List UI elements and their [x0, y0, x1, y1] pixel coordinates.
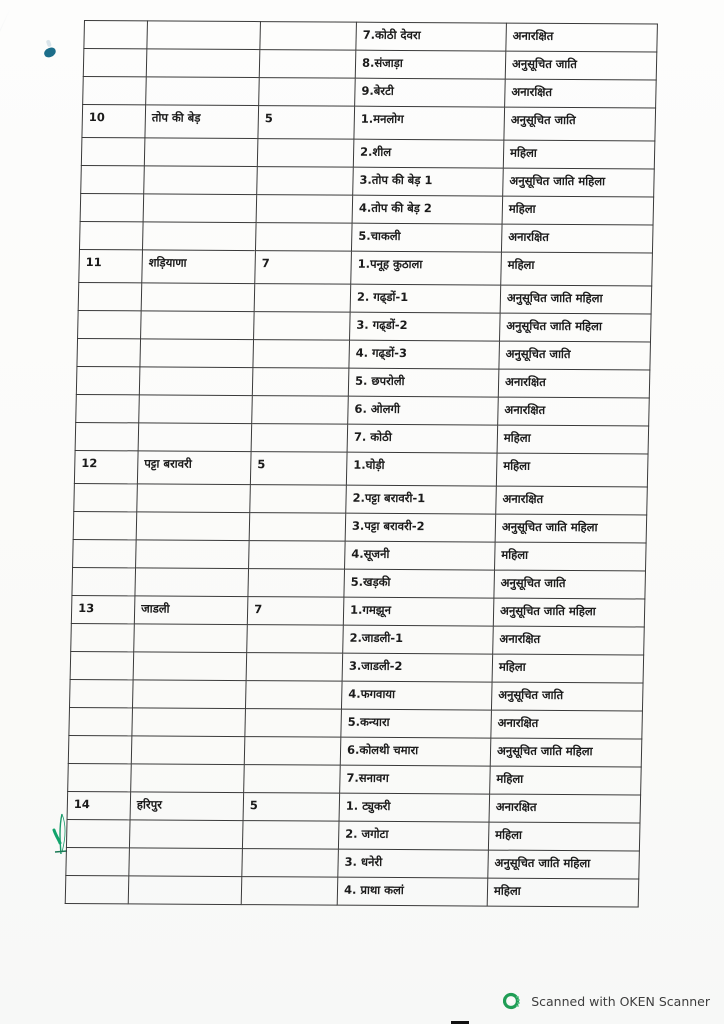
ward-count-cell — [244, 765, 341, 794]
ward-count-cell: 5 — [243, 793, 340, 822]
reservation-category-cell: महिला — [496, 453, 648, 487]
reservation-category-cell: अनुसूचित जाति महिला — [500, 285, 652, 314]
panchayat-name-cell — [139, 367, 253, 396]
ward-count-cell — [252, 396, 349, 425]
serial-number-cell — [74, 483, 138, 511]
watermark-text: Scanned with OKEN Scanner — [531, 994, 710, 1009]
ward-name-cell: 2.जाडली-1 — [343, 625, 494, 654]
reservation-category-cell: अनुसूचित जाति महिला — [493, 598, 645, 627]
ward-name-cell: 4.फगवाया — [341, 681, 492, 710]
reservation-category-cell: अनारक्षित — [498, 397, 650, 426]
ward-count-cell: 5 — [250, 452, 347, 486]
ward-count-cell — [259, 50, 356, 79]
ward-count-cell — [257, 139, 354, 168]
table-row: 6.कोलथी चमाराअनुसूचित जाति महिला — [68, 735, 642, 766]
panchayat-name-cell — [138, 423, 252, 452]
panchayat-name-cell: जाडली — [134, 596, 248, 625]
reservation-category-cell: अनुसूचित जाति — [499, 341, 651, 370]
ward-name-cell: 6. ओलगी — [348, 396, 499, 425]
table-row: 4. प्राथा कलांमहिला — [65, 875, 639, 906]
ward-count-cell — [249, 513, 346, 542]
ward-count-cell — [260, 22, 357, 51]
ward-count-cell — [254, 312, 351, 341]
reservation-table-container: 7.कोठी देवराअनारक्षित8.संजाड़ाअनुसूचित ज… — [65, 20, 658, 907]
ward-count-cell — [242, 821, 339, 850]
ward-count-cell — [244, 737, 341, 766]
ward-count-cell — [245, 709, 342, 738]
panchayat-name-cell — [144, 138, 258, 167]
panchayat-name-cell — [147, 21, 261, 50]
serial-number-cell — [70, 651, 134, 679]
ward-count-cell — [249, 541, 346, 570]
panchayat-name-cell — [132, 680, 246, 709]
reservation-category-cell: महिला — [503, 140, 655, 169]
serial-number-cell — [77, 338, 141, 366]
table-row: 3. धनेरीअनुसूचित जाति महिला — [66, 847, 640, 878]
reservation-category-cell: अनुसूचित जाति — [491, 682, 643, 711]
ward-name-cell: 3. धनेरी — [338, 849, 489, 878]
ward-count-cell — [256, 195, 353, 224]
table-row: 4.फगवायाअनुसूचित जाति — [70, 679, 644, 710]
ward-count-cell — [252, 368, 349, 397]
serial-number-cell: 10 — [82, 105, 146, 138]
ward-count-cell — [247, 625, 344, 654]
ward-count-cell — [255, 223, 352, 252]
table-row: 4.सूजनीमहिला — [73, 539, 647, 570]
ward-name-cell: 8.संजाड़ा — [355, 50, 506, 79]
table-row: 5.चाकलीअनारक्षित — [79, 221, 653, 252]
panchayat-name-cell — [131, 764, 245, 793]
ward-name-cell: 4. गढ्डों-3 — [349, 340, 500, 369]
panchayat-name-cell — [144, 166, 258, 195]
panchayat-name-cell — [146, 77, 260, 106]
ward-name-cell: 3.जाडली-2 — [342, 653, 493, 682]
table-row: 6. ओलगीअनारक्षित — [76, 394, 650, 425]
ward-name-cell: 4.सूजनी — [345, 541, 496, 570]
reservation-category-cell: अनुसूचित जाति महिला — [500, 313, 652, 342]
serial-number-cell — [81, 166, 145, 194]
panchayat-name-cell — [128, 876, 242, 905]
reservation-category-cell: अनुसूचित जाति महिला — [488, 850, 640, 879]
oken-scanner-logo-icon — [503, 992, 521, 1010]
serial-number-cell — [83, 77, 147, 105]
serial-number-cell — [73, 511, 137, 539]
reservation-category-cell: महिला — [502, 196, 654, 225]
reservation-category-cell: अनुसूचित जाति — [505, 51, 657, 80]
table-row: 11शड़ियाणा71.पनूह कुठालामहिला — [79, 249, 653, 285]
ward-count-cell — [241, 877, 338, 906]
table-row: 8.संजाड़ाअनुसूचित जाति — [83, 49, 657, 80]
ward-count-cell — [248, 569, 345, 598]
panchayat-name-cell — [135, 568, 249, 597]
ward-name-cell: 5.चाकली — [351, 223, 502, 252]
reservation-category-cell: महिला — [490, 766, 642, 795]
serial-number-cell — [81, 138, 145, 166]
table-row: 14हरिपुर51. ट्युकरीअनारक्षित — [67, 791, 641, 822]
panchayat-name-cell — [136, 512, 250, 541]
ward-count-cell — [254, 284, 351, 313]
table-row: 3.पट्टा बरावरी-2अनुसूचित जाति महिला — [73, 511, 647, 542]
scanner-watermark: Scanned with OKEN Scanner — [503, 992, 710, 1010]
ward-count-cell — [242, 849, 339, 878]
panchayat-name-cell: हरिपुर — [130, 792, 244, 821]
table-row: 10तोप की बेड़51.मनलोगअनुसूचित जाति — [82, 105, 656, 141]
reservation-category-cell: महिला — [495, 542, 647, 571]
ward-count-cell — [253, 340, 350, 369]
ward-count-cell: 7 — [255, 251, 352, 285]
panchayat-name-cell — [132, 708, 246, 737]
table-row: 3. गढ्डों-2अनुसूचित जाति महिला — [78, 310, 652, 341]
panchayat-name-cell — [131, 736, 245, 765]
table-row: 7.कोठी देवराअनारक्षित — [84, 21, 658, 52]
table-body: 7.कोठी देवराअनारक्षित8.संजाड़ाअनुसूचित ज… — [65, 21, 657, 907]
reservation-category-cell: अनुसूचित जाति महिला — [495, 514, 647, 543]
panchayat-name-cell — [129, 820, 243, 849]
table-row: 7. कोठीमहिला — [75, 422, 649, 453]
serial-number-cell — [79, 221, 143, 249]
serial-number-cell — [80, 193, 144, 221]
reservation-category-cell: अनारक्षित — [498, 369, 650, 398]
ward-name-cell: 1.घोड़ी — [346, 452, 497, 486]
ward-name-cell: 2. जगोटा — [338, 821, 489, 850]
panchayat-name-cell — [141, 311, 255, 340]
serial-number-cell — [73, 539, 137, 567]
serial-number-cell: 13 — [71, 595, 135, 623]
table-row: 4. गढ्डों-3अनुसूचित जाति — [77, 338, 651, 369]
serial-number-cell — [78, 310, 142, 338]
reservation-category-cell: महिला — [487, 878, 639, 907]
serial-number-cell — [68, 763, 132, 791]
ward-count-cell — [257, 167, 354, 196]
ink-blot-mark — [43, 46, 57, 59]
ward-name-cell: 2. गढ्डों-1 — [350, 284, 501, 313]
table-row: 13जाडली71.गमझूनअनुसूचित जाति महिला — [71, 595, 645, 626]
ward-name-cell: 9.बेरटी — [355, 78, 506, 107]
ward-count-cell: 5 — [258, 106, 355, 140]
ward-count-cell — [259, 78, 356, 107]
reservation-category-cell: अनारक्षित — [496, 486, 648, 515]
ward-count-cell — [245, 681, 342, 710]
reservation-category-cell: महिला — [488, 822, 640, 851]
ward-name-cell: 7. कोठी — [347, 424, 498, 453]
table-row: 5.कन्याराअनारक्षित — [69, 707, 643, 738]
table-row: 9.बेरटीअनारक्षित — [83, 77, 657, 108]
panchayat-name-cell — [139, 395, 253, 424]
serial-number-cell — [66, 819, 130, 847]
reservation-category-cell: अनारक्षित — [493, 626, 645, 655]
reservation-category-cell: अनारक्षित — [505, 79, 657, 108]
reservation-category-cell: अनारक्षित — [491, 710, 643, 739]
ward-name-cell: 2.पट्टा बरावरी-1 — [346, 485, 497, 514]
serial-number-cell — [68, 735, 132, 763]
table-row: 7.सनावगमहिला — [68, 763, 642, 794]
panchayat-name-cell — [133, 652, 247, 681]
reservation-table: 7.कोठी देवराअनारक्षित8.संजाड़ाअनुसूचित ज… — [65, 20, 658, 907]
table-row: 2. गढ्डों-1अनुसूचित जाति महिला — [78, 282, 652, 313]
panchayat-name-cell — [143, 194, 257, 223]
serial-number-cell: 11 — [79, 249, 143, 282]
serial-number-cell — [76, 394, 140, 422]
serial-number-cell — [65, 875, 129, 903]
table-row: 3.जाडली-2महिला — [70, 651, 644, 682]
serial-number-cell — [69, 707, 133, 735]
panchayat-name-cell — [141, 283, 255, 312]
serial-number-cell: 12 — [74, 450, 138, 483]
table-row: 3.तोप की बेड़ 1अनुसूचित जाति महिला — [81, 166, 655, 197]
serial-number-cell — [76, 366, 140, 394]
ward-name-cell: 5.कन्यारा — [341, 709, 492, 738]
reservation-category-cell: अनुसूचित जाति — [494, 570, 646, 599]
serial-number-cell — [66, 847, 130, 875]
ward-name-cell: 5.खड़की — [344, 569, 495, 598]
ward-name-cell: 3.तोप की बेड़ 1 — [353, 167, 504, 196]
ward-name-cell: 1.पनूह कुठाला — [351, 251, 502, 285]
panchayat-name-cell — [142, 222, 256, 251]
ward-count-cell — [250, 485, 347, 514]
serial-number-cell — [84, 21, 148, 49]
reservation-category-cell: अनारक्षित — [489, 794, 641, 823]
table-row: 2.शीलमहिला — [81, 138, 655, 169]
table-row: 5.खड़कीअनुसूचित जाति — [72, 567, 646, 598]
panchayat-name-cell — [136, 540, 250, 569]
serial-number-cell — [72, 567, 136, 595]
ward-name-cell: 2.शील — [353, 139, 504, 168]
reservation-category-cell: महिला — [501, 252, 653, 286]
ward-name-cell: 1.गमझून — [343, 597, 494, 626]
panchayat-name-cell — [134, 624, 248, 653]
serial-number-cell — [78, 282, 142, 310]
paper-fold-line — [0, 8, 11, 208]
panchayat-name-cell — [129, 848, 243, 877]
scanned-page: 7.कोठी देवराअनारक्षित8.संजाड़ाअनुसूचित ज… — [0, 0, 724, 1024]
ward-name-cell: 7.सनावग — [340, 765, 491, 794]
table-row: 12पट्टा बरावरी51.घोड़ीमहिला — [74, 450, 648, 486]
panchayat-name-cell — [137, 484, 251, 513]
reservation-category-cell: अनुसूचित जाति महिला — [503, 168, 655, 197]
table-row: 2.पट्टा बरावरी-1अनारक्षित — [74, 483, 648, 514]
ward-name-cell: 5. छपरोली — [348, 368, 499, 397]
reservation-category-cell: अनारक्षित — [506, 23, 658, 52]
table-row: 4.तोप की बेड़ 2महिला — [80, 193, 654, 224]
table-row: 2.जाडली-1अनारक्षित — [71, 623, 645, 654]
serial-number-cell — [75, 422, 139, 450]
reservation-category-cell: अनारक्षित — [501, 224, 653, 253]
panchayat-name-cell — [140, 339, 254, 368]
serial-number-cell — [71, 623, 135, 651]
reservation-category-cell: अनुसूचित जाति महिला — [490, 738, 642, 767]
ward-count-cell: 7 — [247, 597, 344, 626]
serial-number-cell — [83, 49, 147, 77]
ward-name-cell: 4. प्राथा कलां — [337, 877, 488, 906]
ward-name-cell: 7.कोठी देवरा — [356, 22, 507, 51]
serial-number-cell — [70, 679, 134, 707]
ward-name-cell: 6.कोलथी चमारा — [340, 737, 491, 766]
panchayat-name-cell: पट्टा बरावरी — [137, 451, 251, 485]
panchayat-name-cell: तोप की बेड़ — [145, 105, 259, 139]
reservation-category-cell: महिला — [497, 425, 649, 454]
panchayat-name-cell — [146, 49, 260, 78]
serial-number-cell: 14 — [67, 791, 131, 819]
ward-name-cell: 3. गढ्डों-2 — [350, 312, 501, 341]
table-row: 5. छपरोलीअनारक्षित — [76, 366, 650, 397]
ward-count-cell — [246, 653, 343, 682]
ward-name-cell: 1. ट्युकरी — [339, 793, 490, 822]
table-row: 2. जगोटामहिला — [66, 819, 640, 850]
ward-name-cell: 3.पट्टा बरावरी-2 — [345, 513, 496, 542]
panchayat-name-cell: शड़ियाणा — [142, 250, 256, 284]
ward-count-cell — [251, 424, 348, 453]
ward-name-cell: 1.मनलोग — [354, 106, 505, 140]
ward-name-cell: 4.तोप की बेड़ 2 — [352, 195, 503, 224]
reservation-category-cell: अनुसूचित जाति — [504, 107, 656, 141]
reservation-category-cell: महिला — [492, 654, 644, 683]
